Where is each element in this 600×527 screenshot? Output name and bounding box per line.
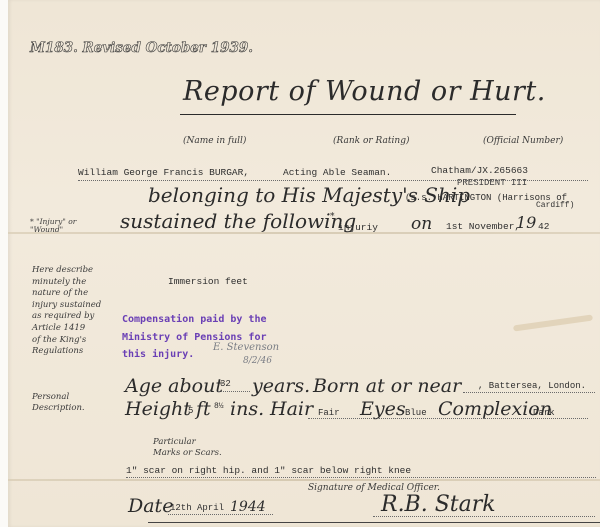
hair-label: Hair (270, 398, 313, 420)
paper-stain (513, 314, 593, 331)
official-number-label: (Official Number) (483, 136, 563, 146)
dotted-line (463, 392, 595, 393)
document-page: M183. Revised October 1939. Report of Wo… (8, 0, 600, 527)
eyes-label: Eyes (360, 398, 406, 420)
height-label: Height (125, 398, 191, 420)
injury-or-wound-note: * "Injury" or "Wound" (30, 218, 76, 234)
marks-value: 1" scar on right hip. and 1" scar below … (126, 465, 411, 476)
ft-label: ft (196, 398, 211, 420)
describe-note: Here describe minutely the nature of the… (32, 265, 101, 358)
rank-label: (Rank or Rating) (333, 136, 409, 146)
date-value: 12th April (170, 503, 224, 513)
dotted-line (373, 516, 595, 517)
on-label: on (411, 214, 432, 234)
medical-officer-signature: R.B. Stark (381, 492, 496, 517)
title-underline (180, 114, 516, 115)
dotted-line (218, 391, 250, 392)
pencil-signature: E. Stevenson (213, 342, 279, 353)
personal-description-note: Personal Description. (32, 392, 85, 414)
date-year: 1944 (230, 499, 266, 515)
date-label: Date (128, 495, 173, 517)
ship-typed-name-cont: Cardiff) (536, 201, 574, 210)
injury-date: 1st November, (446, 221, 520, 232)
dotted-line (168, 514, 273, 515)
fold-line (8, 479, 600, 481)
official-number-value: Chatham/JX.265663 (431, 165, 528, 176)
page-title: Report of Wound or Hurt. (183, 76, 546, 107)
year-suffix: 42 (538, 221, 549, 232)
age-label: Age about (125, 375, 223, 397)
height-ft-value: 5 (188, 406, 193, 416)
born-value: , Battersea, London. (478, 381, 586, 391)
rank-value: Acting Able Seaman. (283, 167, 391, 178)
eyes-value: Blue (405, 408, 427, 418)
sustained-label: sustained the following (120, 209, 356, 233)
ins-label: ins. (230, 398, 264, 420)
years-label: years. (252, 375, 310, 397)
injury-description: Immersion feet (168, 276, 248, 287)
year-prefix: 19 (516, 213, 536, 232)
injury-type: injuriy (338, 222, 378, 233)
age-value: 32 (220, 379, 231, 389)
asterisk: * (330, 212, 335, 222)
height-in-value: 8½ (214, 402, 224, 411)
name-label: (Name in full) (183, 136, 246, 146)
complexion-value: Dark (533, 408, 555, 418)
marks-label: Particular Marks or Scars. (153, 437, 222, 459)
dotted-line (126, 477, 596, 478)
born-label: Born at or near (313, 375, 461, 397)
name-value: William George Francis BURGAR, (78, 167, 249, 178)
dotted-line (308, 418, 588, 419)
bottom-rule (148, 522, 600, 523)
ship-stamp: PRESIDENT III (457, 178, 527, 188)
pencil-date: 8/2/46 (243, 356, 272, 366)
hair-value: Fair (318, 408, 340, 418)
form-reference: M183. Revised October 1939. (30, 40, 253, 56)
